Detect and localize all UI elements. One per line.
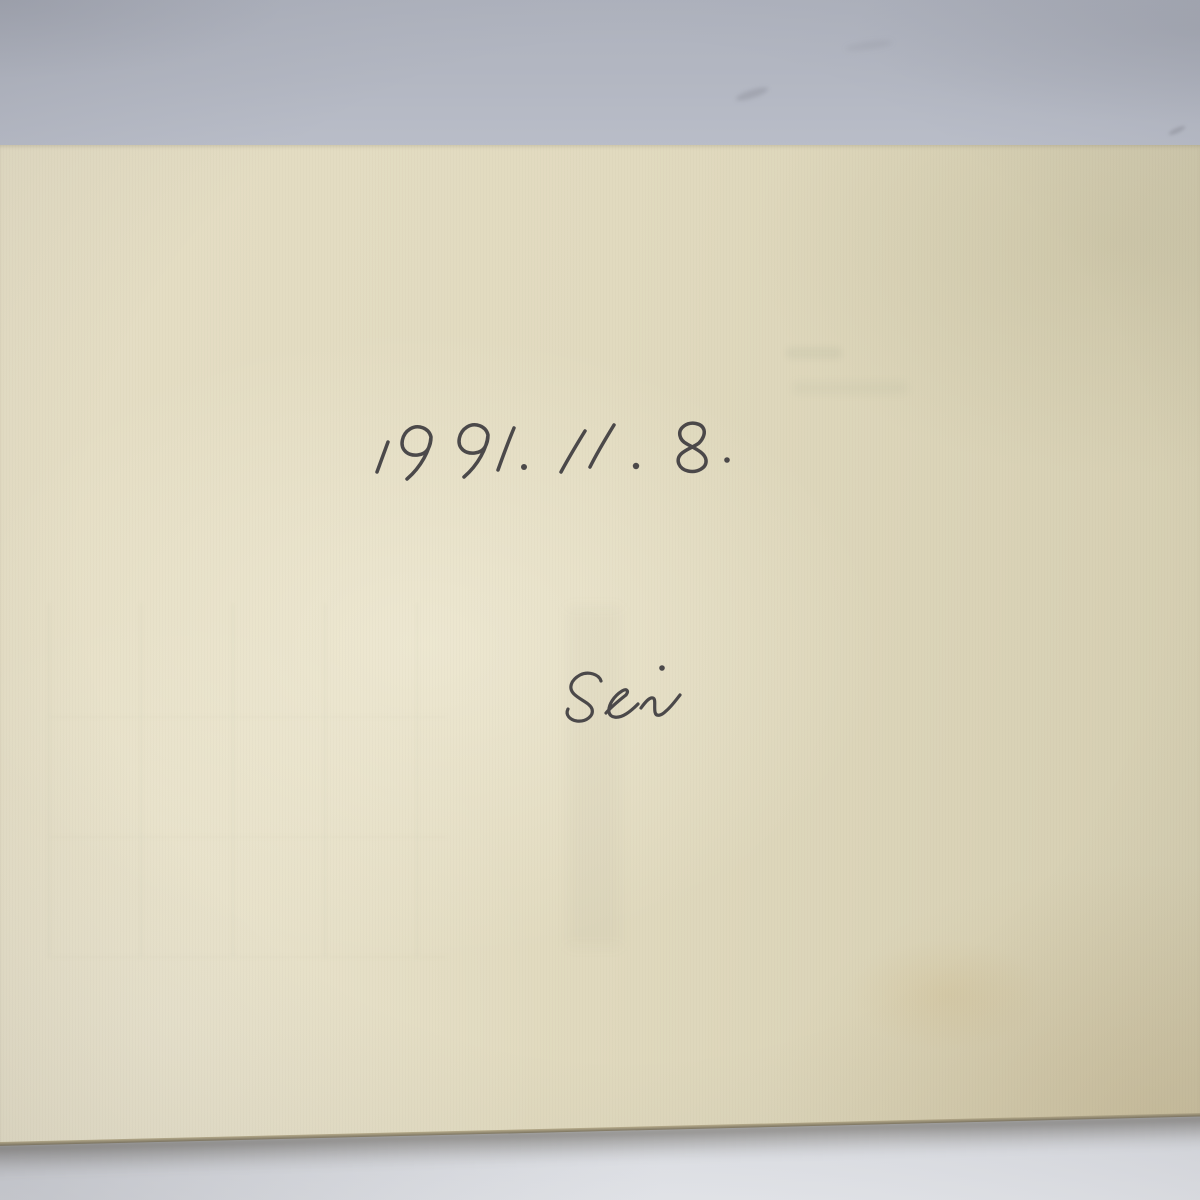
table-surface-top: [0, 0, 1200, 147]
print-showthrough-column: [568, 607, 620, 947]
print-showthrough-mark: [786, 347, 842, 359]
surface-smudge: [735, 85, 770, 103]
print-showthrough-mark: [793, 382, 908, 394]
surface-smudge: [1168, 124, 1186, 136]
surface-smudge: [845, 39, 894, 53]
paper-page: [0, 145, 1200, 1145]
photo-scene: 1991. 11. 8. Sei: [0, 0, 1200, 1200]
print-showthrough-grid: [48, 603, 448, 958]
